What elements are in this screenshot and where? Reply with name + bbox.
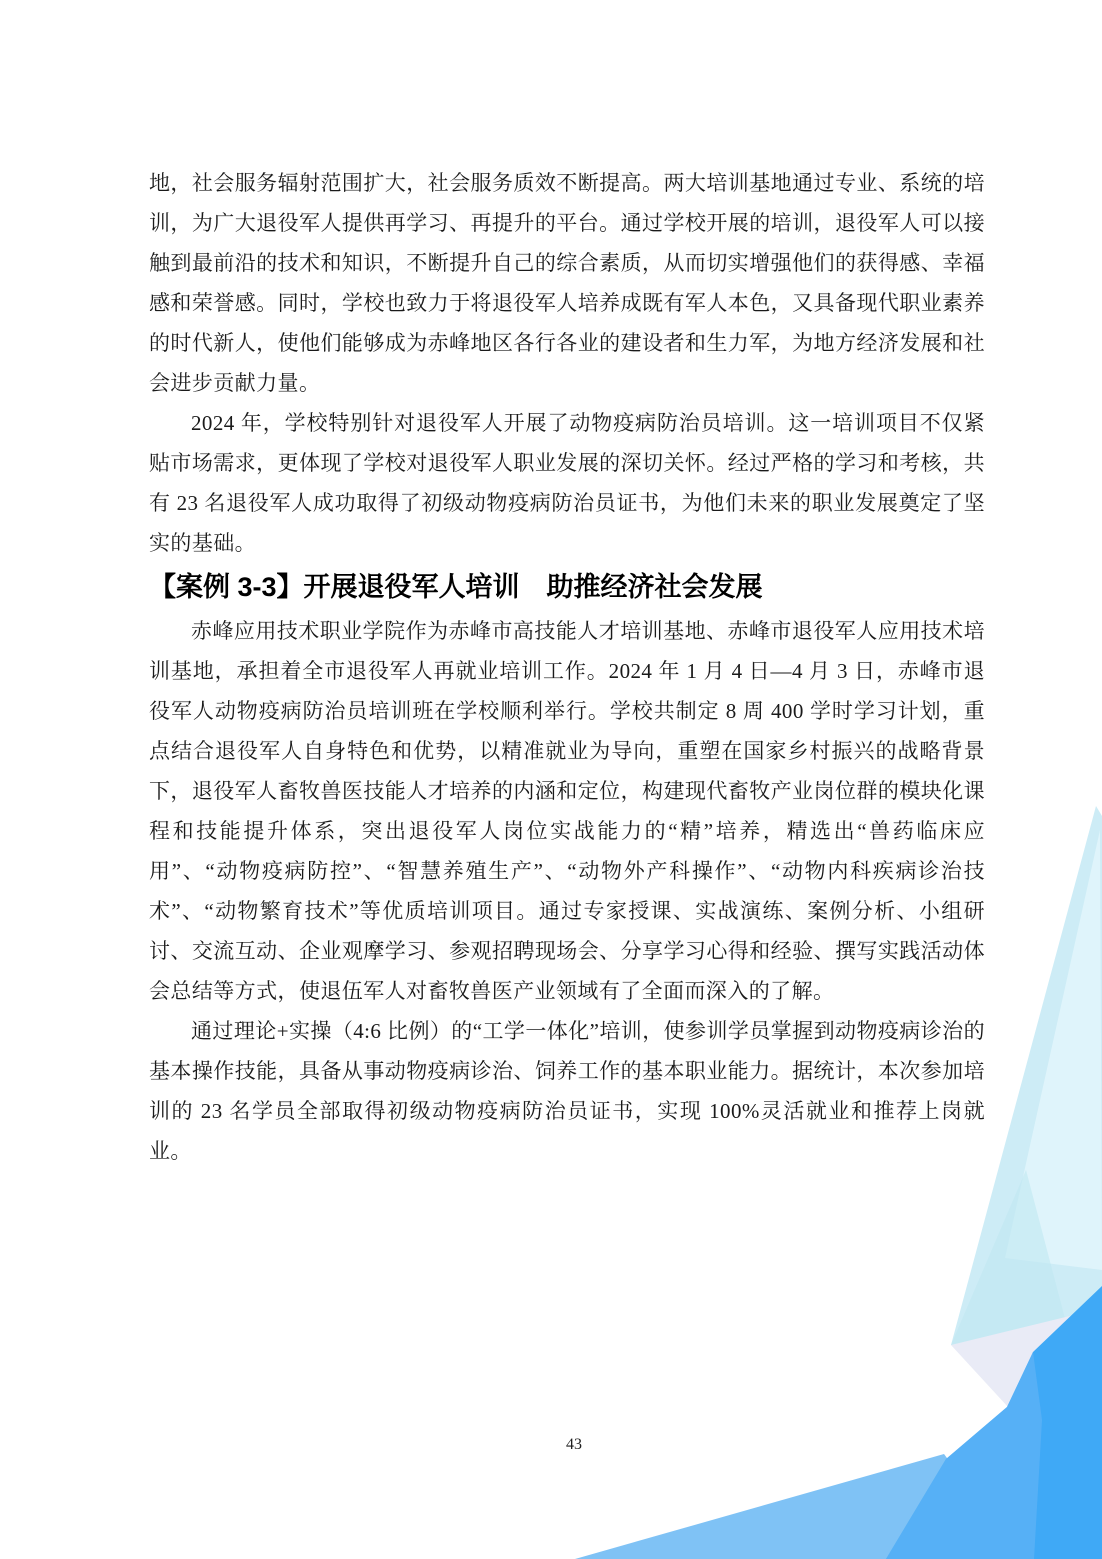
case-heading-label: 【案例 3-3】 (149, 572, 304, 602)
case-heading: 【案例 3-3】开展退役军人培训 助推经济社会发展 (149, 563, 985, 611)
decoration-blue-corner (886, 1286, 1102, 1559)
paragraph-training-result: 通过理论+实操（4:6 比例）的“工学一体化”培训，使参训学员掌握到动物疫病诊治… (149, 1011, 985, 1171)
decoration-cyan-light-facet (1005, 830, 1102, 1270)
paragraph-case-detail: 赤峰应用技术职业学院作为赤峰市高技能人才培训基地、赤峰市退役军人应用技术培训基地… (149, 611, 985, 1011)
paragraph-2024-training: 2024 年，学校特别针对退役军人开展了动物疫病防治员培训。这一培训项目不仅紧贴… (149, 403, 985, 563)
decoration-lavender-triangle (951, 1313, 1082, 1407)
paragraph-training-platform: 地，社会服务辐射范围扩大，社会服务质效不断提高。两大培训基地通过专业、系统的培训… (149, 163, 985, 403)
decoration-cyan-deep-facet (951, 1170, 1068, 1345)
document-page: 地，社会服务辐射范围扩大，社会服务质效不断提高。两大培训基地通过专业、系统的培训… (0, 0, 1102, 1559)
page-number: 43 (566, 1436, 582, 1454)
case-heading-title: 开展退役军人培训 助推经济社会发展 (304, 572, 763, 602)
decoration-bottom-strip (575, 1454, 1022, 1559)
document-body: 地，社会服务辐射范围扩大，社会服务质效不断提高。两大培训基地通过专业、系统的培训… (149, 163, 985, 1171)
decoration-blue-light-facet (886, 1352, 1042, 1559)
